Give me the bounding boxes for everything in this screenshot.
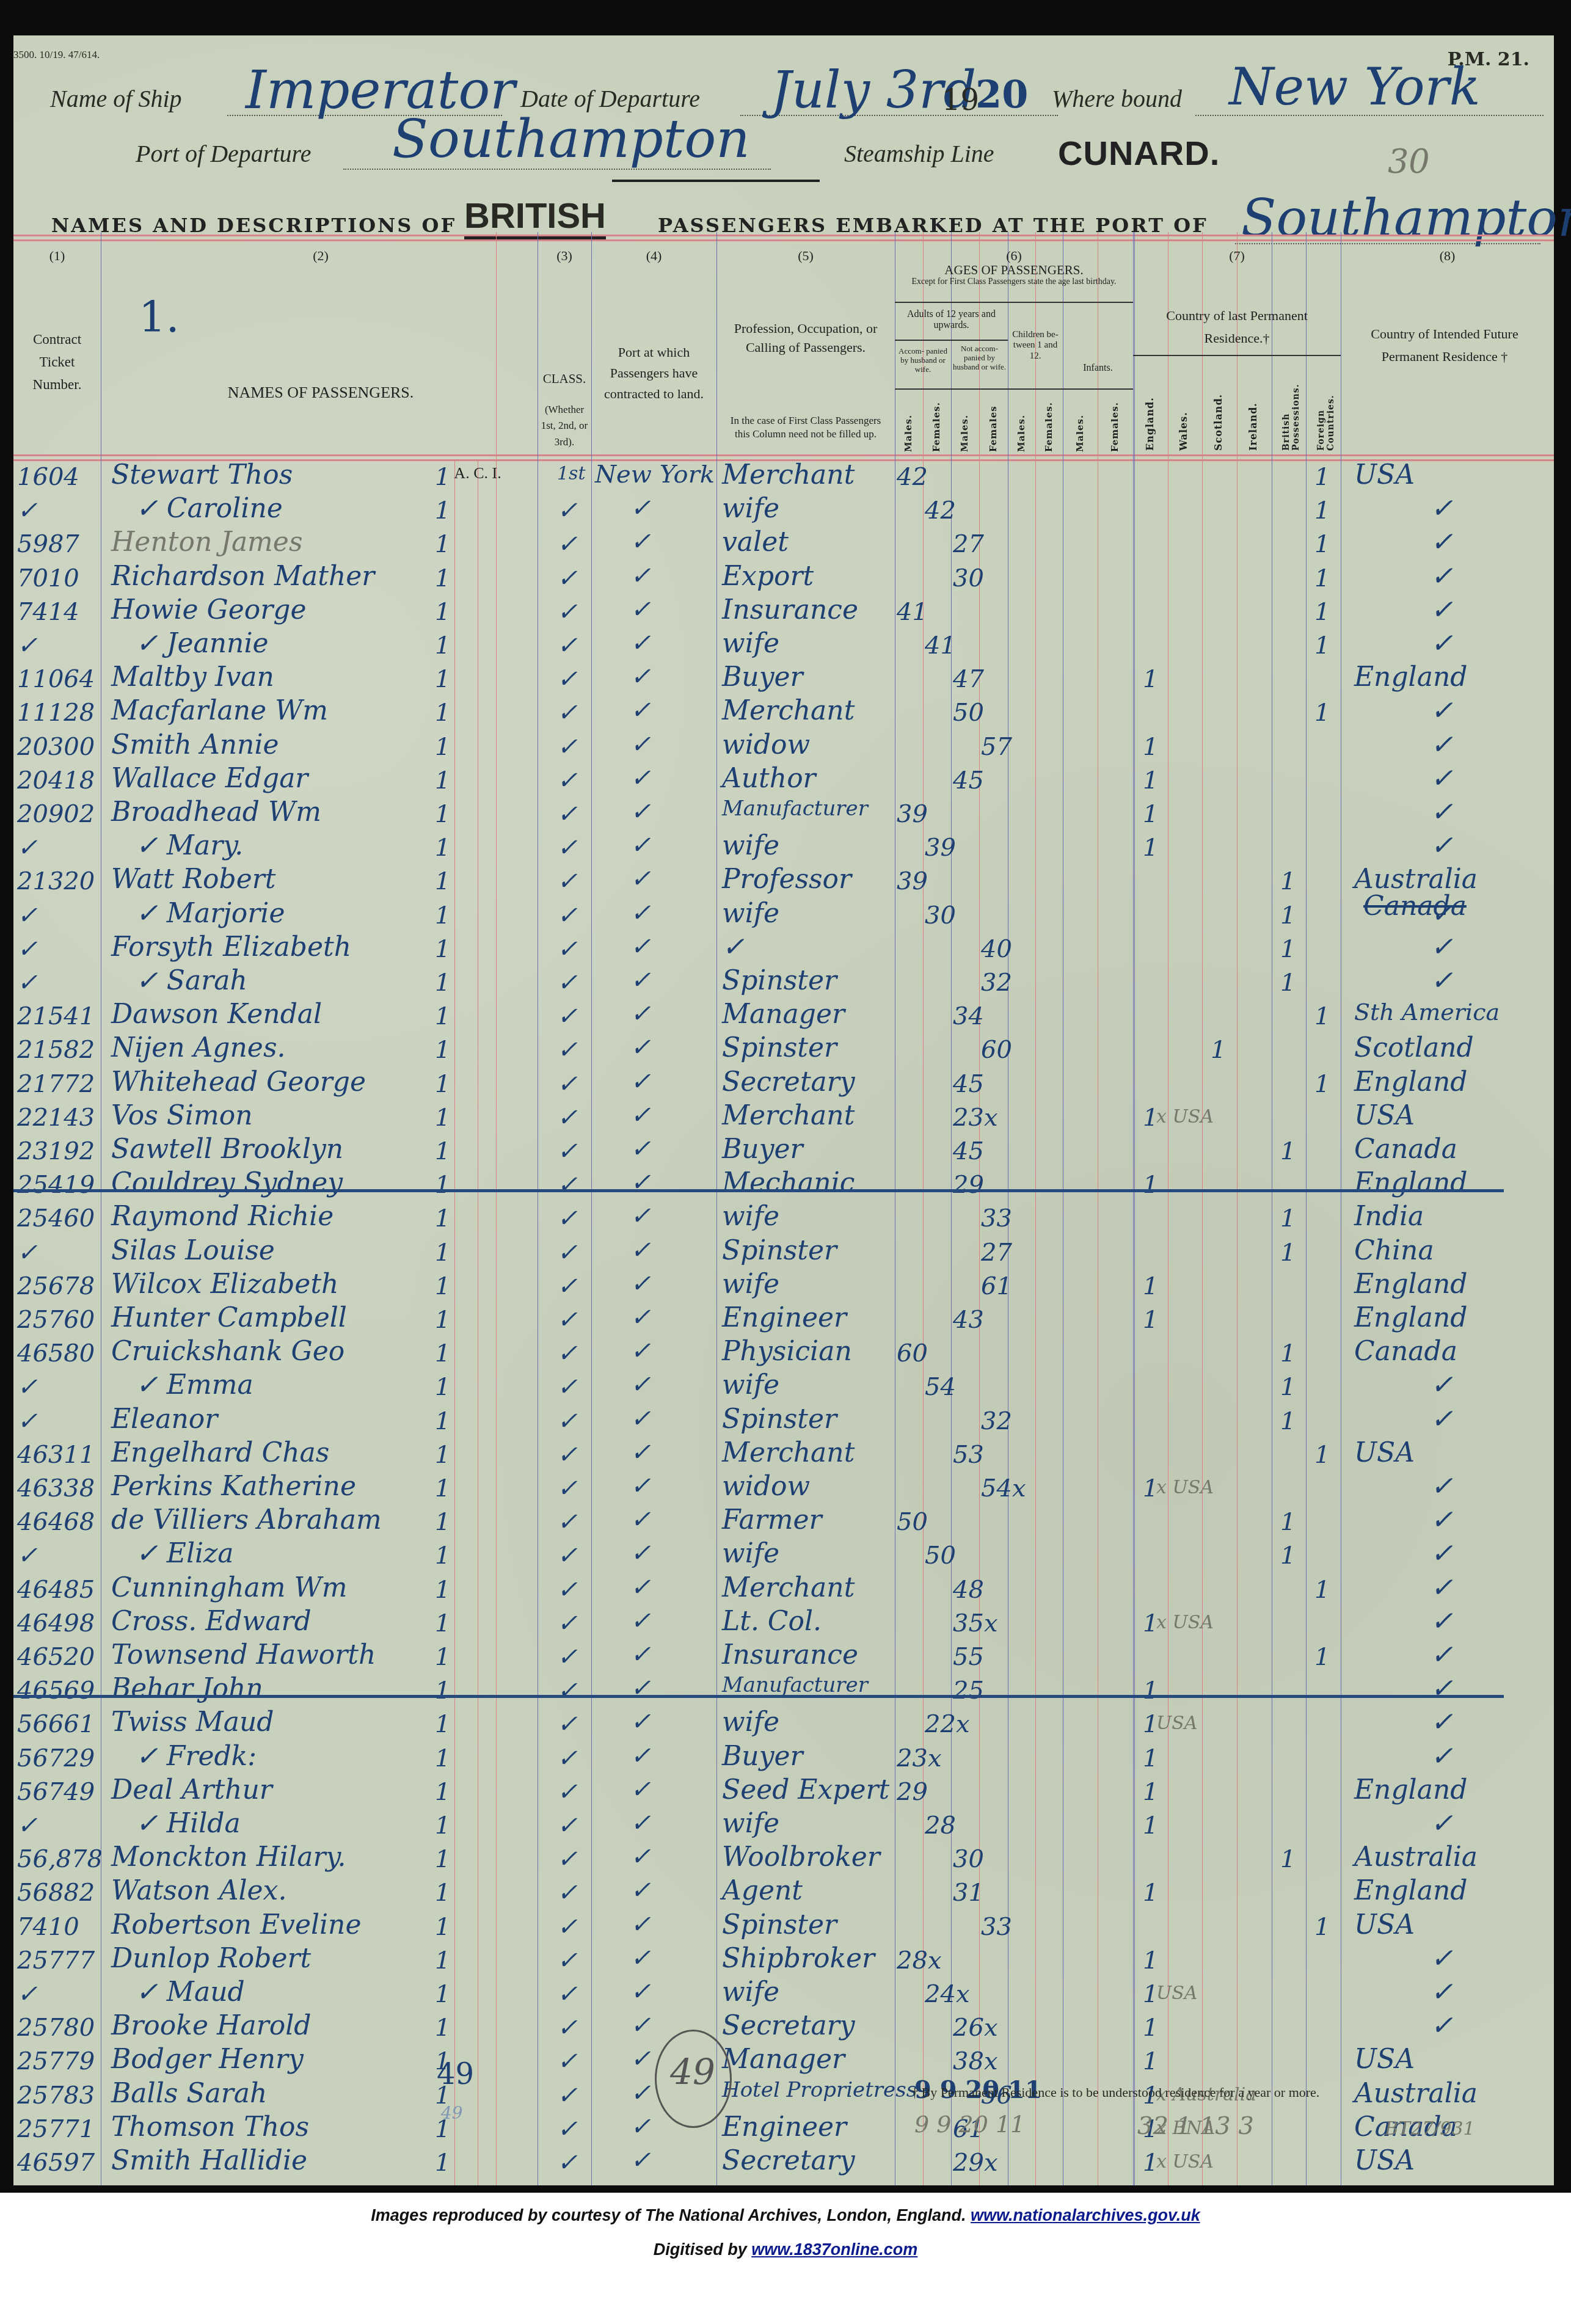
port-of-landing: ✓ bbox=[630, 1539, 651, 1567]
future-residence: ✓ bbox=[1431, 965, 1453, 996]
digitiser-link[interactable]: www.1837online.com bbox=[751, 2240, 917, 2259]
occupation: Engineer bbox=[722, 1302, 847, 1333]
future-residence: ✓ bbox=[1431, 1504, 1453, 1535]
residence-subheader: Ireland. bbox=[1247, 365, 1259, 451]
port-of-landing: ✓ bbox=[630, 899, 651, 927]
footnote: † By Permanent Residence is to be unders… bbox=[911, 2085, 1319, 2100]
column-rule bbox=[951, 232, 952, 2185]
col2-header: NAMES OF PASSENGERS. bbox=[101, 384, 541, 402]
column-rule bbox=[496, 232, 497, 2185]
port-of-landing: ✓ bbox=[630, 1405, 651, 1433]
ticket-number: 25771 bbox=[17, 2115, 95, 2143]
passenger-name: ✓ Hilda bbox=[136, 1808, 241, 1839]
col6-header: AGES OF PASSENGERS. bbox=[895, 263, 1133, 277]
residence-note: USA bbox=[1156, 1983, 1198, 2004]
age: 22x bbox=[925, 1710, 969, 1738]
port-of-landing: ✓ bbox=[630, 764, 651, 792]
class-mark: ✓ bbox=[557, 969, 578, 997]
age: 39 bbox=[897, 867, 928, 895]
passenger-name: Thomson Thos bbox=[111, 2111, 309, 2143]
future-residence: ✓ bbox=[1431, 931, 1453, 963]
occupation: Manufacturer bbox=[722, 796, 868, 821]
occupation: wife bbox=[722, 830, 779, 861]
occupation: Spinster bbox=[722, 965, 837, 996]
class-mark: ✓ bbox=[557, 1576, 578, 1604]
passenger-name: ✓ Maud bbox=[136, 1976, 245, 2008]
aci-mark: 1 bbox=[435, 767, 450, 795]
column-rule bbox=[895, 232, 895, 2185]
passenger-name: Watt Robert bbox=[111, 864, 276, 895]
manifest-sheet: 3500. 10/19. 47/614. P.M. 21. Name of Sh… bbox=[13, 35, 1554, 2185]
passenger-name: Smith Annie bbox=[111, 729, 279, 760]
passenger-name: Robertson Eveline bbox=[111, 1909, 361, 1940]
age-subheader: Males. bbox=[1074, 396, 1085, 452]
ticket-number: ✓ bbox=[17, 1239, 38, 1267]
occupation: wife bbox=[722, 1369, 779, 1401]
ticket-number: 25678 bbox=[17, 1272, 95, 1300]
aci-mark: 1 bbox=[435, 1778, 450, 1806]
ticket-number: 56,878 bbox=[17, 1845, 103, 1873]
col1-number: (1) bbox=[13, 248, 101, 263]
aci-mark: 1 bbox=[435, 1913, 450, 1941]
class-mark: ✓ bbox=[557, 1744, 578, 1772]
age: 45 bbox=[953, 1137, 984, 1165]
ticket-number: 11064 bbox=[17, 665, 95, 693]
strike-through-line bbox=[13, 1695, 1504, 1698]
future-residence: Scotland bbox=[1354, 1032, 1474, 1063]
port-of-landing: ✓ bbox=[630, 1809, 651, 1837]
residence-mark: 1 bbox=[1280, 1508, 1296, 1536]
aci-mark: 1 bbox=[435, 1171, 450, 1199]
age: 23x bbox=[953, 1104, 997, 1132]
ticket-number: ✓ bbox=[17, 935, 38, 963]
ticket-number: ✓ bbox=[17, 969, 38, 997]
passenger-name: ✓ Marjorie bbox=[136, 898, 285, 929]
future-residence: India bbox=[1354, 1201, 1424, 1232]
total-aci: 49 bbox=[437, 2057, 474, 2091]
age: 24x bbox=[925, 1980, 969, 2008]
residence-mark: 1 bbox=[1280, 1204, 1296, 1233]
occupation: Insurance bbox=[722, 594, 858, 625]
age-subheader: Males. bbox=[959, 396, 970, 452]
occupation: wife bbox=[722, 1707, 779, 1738]
passenger-name: Henton James bbox=[111, 526, 302, 558]
occupation: Merchant bbox=[722, 1572, 855, 1603]
age: 27 bbox=[981, 1239, 1012, 1267]
age: 50 bbox=[897, 1508, 928, 1536]
age: 25 bbox=[953, 1677, 984, 1705]
residence-mark: 1 bbox=[1314, 1002, 1330, 1030]
residence-note: USA bbox=[1156, 1713, 1198, 1734]
residence-note: x USA bbox=[1156, 1106, 1214, 1127]
occupation: widow bbox=[722, 1471, 810, 1502]
class-mark: ✓ bbox=[557, 497, 578, 525]
column-rule bbox=[1063, 232, 1063, 2185]
class-mark: ✓ bbox=[557, 2047, 578, 2075]
age: 61 bbox=[981, 1272, 1012, 1300]
age-subheader: Females. bbox=[1109, 396, 1120, 452]
port-label: Port of Departure bbox=[136, 139, 311, 168]
port-of-landing: ✓ bbox=[630, 1674, 651, 1702]
residence-mark: 1 bbox=[1143, 1879, 1158, 1907]
port-of-landing: ✓ bbox=[630, 1168, 651, 1197]
occupation: wife bbox=[722, 898, 779, 929]
passenger-name: Dawson Kendal bbox=[111, 999, 322, 1030]
occupation: Merchant bbox=[722, 459, 855, 490]
residence-mark: 1 bbox=[1143, 767, 1158, 795]
col2-number: (2) bbox=[101, 248, 541, 263]
class-mark: ✓ bbox=[557, 1609, 578, 1637]
age: 28x bbox=[897, 1947, 941, 1975]
passenger-name: Howie George bbox=[111, 594, 307, 625]
aci-mark: 1 bbox=[435, 497, 450, 525]
residence-mark: 1 bbox=[1314, 530, 1330, 558]
passenger-name: Behar John bbox=[111, 1673, 263, 1704]
residence-subheader: Foreign Countries. bbox=[1316, 365, 1336, 451]
passenger-name: Watson Alex. bbox=[111, 1875, 286, 1906]
ticket-number: 21582 bbox=[17, 1036, 95, 1064]
class-mark: ✓ bbox=[557, 767, 578, 795]
archive-reference: BT27/931 bbox=[1385, 2118, 1475, 2140]
port-of-landing: ✓ bbox=[630, 1068, 651, 1096]
residence-mark: 1 bbox=[1143, 2014, 1158, 2042]
class-mark: ✓ bbox=[557, 1474, 578, 1503]
future-residence: ✓ bbox=[1431, 1943, 1453, 1974]
port-of-landing: ✓ bbox=[630, 1843, 651, 1871]
credits-text-2: Digitised by bbox=[654, 2240, 747, 2259]
age: 32 bbox=[981, 969, 1012, 997]
future-residence: ✓ bbox=[1431, 561, 1453, 592]
col7-header: Country of last Permanent Residence.† bbox=[1145, 304, 1329, 350]
ticket-number: 25780 bbox=[17, 2014, 95, 2042]
ticket-number: 25460 bbox=[17, 1204, 95, 1233]
age: 33 bbox=[981, 1913, 1012, 1941]
column-rule bbox=[1202, 232, 1203, 2185]
ticket-number: 46338 bbox=[17, 1474, 95, 1503]
passenger-name: Townsend Haworth bbox=[111, 1639, 376, 1670]
circled-count: 49 bbox=[670, 2051, 715, 2093]
col5-number: (5) bbox=[716, 248, 895, 263]
age-subheader: Males. bbox=[903, 396, 914, 452]
class-mark: ✓ bbox=[557, 1947, 578, 1975]
passenger-name: ✓ Caroline bbox=[136, 493, 283, 524]
occupation: widow bbox=[722, 729, 810, 760]
ages-total-pencil: 9 9 20 11 bbox=[914, 2111, 1025, 2138]
age: 60 bbox=[981, 1036, 1012, 1064]
aci-mark: 1 bbox=[435, 1239, 450, 1267]
age: 27 bbox=[953, 530, 984, 558]
ticket-number: ✓ bbox=[17, 632, 38, 660]
age: 38x bbox=[953, 2047, 997, 2075]
residence-mark: 1 bbox=[1143, 800, 1158, 828]
occupation: Merchant bbox=[722, 695, 855, 726]
occupation: Secretary bbox=[722, 1066, 855, 1098]
form-code: 3500. 10/19. 47/614. bbox=[13, 49, 100, 61]
future-residence: ✓ bbox=[1431, 1369, 1453, 1401]
residence-mark: 1 bbox=[1314, 564, 1330, 592]
passenger-name: Sawtell Brooklyn bbox=[111, 1134, 343, 1165]
port-of-landing: ✓ bbox=[630, 1202, 651, 1230]
passenger-name: Silas Louise bbox=[111, 1235, 275, 1266]
ticket-number: 23192 bbox=[17, 1137, 95, 1165]
class-mark: ✓ bbox=[557, 1137, 578, 1165]
port-of-landing: ✓ bbox=[630, 1573, 651, 1601]
port-of-landing: ✓ bbox=[630, 966, 651, 994]
class-mark: ✓ bbox=[557, 1002, 578, 1030]
residence-mark: 1 bbox=[1143, 1272, 1158, 1300]
port-of-landing: ✓ bbox=[630, 2146, 651, 2174]
age: 48 bbox=[953, 1576, 984, 1604]
line-label: Steamship Line bbox=[844, 139, 994, 168]
future-residence: ✓ bbox=[1431, 695, 1453, 726]
credits-line-1: Images reproduced by courtesy of The Nat… bbox=[0, 2206, 1571, 2225]
ticket-number: 46580 bbox=[17, 1339, 95, 1368]
aci-mark: 1 bbox=[435, 1272, 450, 1300]
col5-header: Profession, Occupation, or Calling of Pa… bbox=[729, 319, 883, 357]
future-residence: England bbox=[1354, 661, 1467, 693]
age: 23x bbox=[897, 1744, 941, 1772]
port-of-landing: ✓ bbox=[630, 1438, 651, 1466]
passenger-name: ✓ Eliza bbox=[136, 1538, 234, 1569]
column-rule bbox=[1134, 232, 1135, 2185]
column-rule bbox=[1035, 232, 1036, 2185]
aci-mark: 1 bbox=[435, 1070, 450, 1098]
col6-accompanied: Accom- panied by husband or wife. bbox=[895, 347, 951, 374]
residence-mark: 1 bbox=[1280, 935, 1296, 963]
future-residence: ✓ bbox=[1431, 830, 1453, 861]
occupation: Buyer bbox=[722, 661, 803, 693]
residence-mark: 1 bbox=[1314, 699, 1330, 727]
class-mark: ✓ bbox=[557, 1845, 578, 1873]
aci-mark: 1 bbox=[435, 1104, 450, 1132]
passenger-name: Raymond Richie bbox=[111, 1201, 334, 1232]
residence-mark: 1 bbox=[1143, 1744, 1158, 1772]
ticket-number: 56749 bbox=[17, 1778, 95, 1806]
residence-mark: 1 bbox=[1143, 1812, 1158, 1840]
aci-mark: 1 bbox=[435, 463, 450, 491]
passenger-name: Cruickshank Geo bbox=[111, 1336, 344, 1367]
residence-mark: 1 bbox=[1143, 2047, 1158, 2075]
aci-mark: 1 bbox=[435, 1204, 450, 1233]
ticket-number: 21320 bbox=[17, 867, 95, 895]
col3-header: CLASS. bbox=[538, 371, 591, 386]
total-aci-pencil: 49 bbox=[441, 2103, 463, 2123]
aci-mark: 1 bbox=[435, 1339, 450, 1368]
port-of-landing: ✓ bbox=[630, 1506, 651, 1534]
future-residence: USA bbox=[1354, 1437, 1415, 1468]
residence-mark: 1 bbox=[1314, 1576, 1330, 1604]
ticket-number: 46468 bbox=[17, 1508, 95, 1536]
age: 29x bbox=[953, 2149, 997, 2177]
class-mark: ✓ bbox=[557, 733, 578, 761]
column-rule bbox=[1272, 232, 1272, 2185]
port-value: Southampton bbox=[392, 109, 750, 170]
occupation: Merchant bbox=[722, 1437, 855, 1468]
future-residence: ✓ bbox=[1431, 493, 1453, 524]
ticket-number: ✓ bbox=[17, 902, 38, 930]
residence-mark: 1 bbox=[1314, 632, 1330, 660]
residence-mark: 1 bbox=[1143, 1171, 1158, 1199]
aci-mark: 1 bbox=[435, 1845, 450, 1873]
residence-mark: 1 bbox=[1280, 1407, 1296, 1435]
passenger-name: Perkins Katherine bbox=[111, 1471, 356, 1502]
residence-mark: 1 bbox=[1143, 665, 1158, 693]
age: 30 bbox=[953, 1845, 984, 1873]
residence-totals-pencil: 32 1 13 3 bbox=[1137, 2112, 1254, 2140]
port-of-landing: ✓ bbox=[630, 494, 651, 522]
passenger-name: Whitehead George bbox=[111, 1066, 366, 1098]
age: 40 bbox=[981, 935, 1012, 963]
ticket-number: 25777 bbox=[17, 1947, 95, 1975]
aci-mark: 1 bbox=[435, 1373, 450, 1401]
class-mark: 1st bbox=[557, 463, 586, 484]
passenger-name: Richardson Mather bbox=[111, 561, 374, 592]
age: 31 bbox=[953, 1879, 984, 1907]
national-archives-link[interactable]: www.nationalarchives.gov.uk bbox=[971, 2206, 1200, 2224]
class-mark: ✓ bbox=[557, 564, 578, 592]
class-mark: ✓ bbox=[557, 935, 578, 963]
class-mark: ✓ bbox=[557, 1036, 578, 1064]
class-mark: ✓ bbox=[557, 1339, 578, 1368]
column-rule bbox=[1341, 232, 1341, 2185]
passenger-name: Cross. Edward bbox=[111, 1606, 312, 1637]
aci-mark: 1 bbox=[435, 1677, 450, 1705]
class-mark: ✓ bbox=[557, 1710, 578, 1738]
class-mark: ✓ bbox=[557, 834, 578, 862]
ticket-number: 46569 bbox=[17, 1677, 95, 1705]
class-mark: ✓ bbox=[557, 699, 578, 727]
sheet-number: 1. bbox=[139, 292, 180, 342]
age: 47 bbox=[953, 665, 984, 693]
residence-mark: 1 bbox=[1280, 969, 1296, 997]
class-mark: ✓ bbox=[557, 1239, 578, 1267]
ticket-number: 46520 bbox=[17, 1643, 95, 1671]
age: 45 bbox=[953, 767, 984, 795]
ticket-number: ✓ bbox=[17, 497, 38, 525]
ticket-number: 56882 bbox=[17, 1879, 95, 1907]
port-of-landing: ✓ bbox=[630, 1978, 651, 2006]
col6-number: (6) bbox=[895, 248, 1133, 263]
age-subheader: Males. bbox=[1016, 396, 1027, 452]
passenger-name: Cunningham Wm bbox=[111, 1572, 347, 1603]
residence-mark: 1 bbox=[1211, 1036, 1226, 1064]
col1-header: Contract Ticket Number. bbox=[20, 329, 95, 396]
title-british: BRITISH bbox=[464, 195, 606, 239]
port-of-landing: ✓ bbox=[630, 629, 651, 657]
col4-header: Port at which Passengers have contracted… bbox=[597, 342, 710, 404]
class-mark: ✓ bbox=[557, 1272, 578, 1300]
occupation: Spinster bbox=[722, 1235, 837, 1266]
future-residence: ✓ bbox=[1431, 1404, 1453, 1435]
aci-mark: 1 bbox=[435, 935, 450, 963]
passenger-name: ✓ Mary. bbox=[136, 830, 243, 861]
passenger-name: ✓ Fredk: bbox=[136, 1741, 257, 1772]
column-rule bbox=[101, 232, 101, 2185]
aci-mark: 1 bbox=[435, 800, 450, 828]
residence-mark: 1 bbox=[1314, 497, 1330, 525]
occupation: Shipbroker bbox=[722, 1943, 875, 1974]
age: 32 bbox=[981, 1407, 1012, 1435]
future-residence: ✓ bbox=[1431, 2010, 1453, 2041]
occupation: Physician bbox=[722, 1336, 852, 1367]
residence-mark: 1 bbox=[1314, 1070, 1330, 1098]
passenger-name: Stewart Thos bbox=[111, 459, 293, 490]
passenger-name: ✓ Emma bbox=[136, 1369, 253, 1401]
class-mark: ✓ bbox=[557, 1643, 578, 1671]
residence-mark: 1 bbox=[1280, 902, 1296, 930]
future-residence: ✓ bbox=[1431, 1471, 1453, 1502]
future-residence: England bbox=[1354, 1302, 1467, 1333]
class-mark: ✓ bbox=[557, 598, 578, 626]
ticket-number: 11128 bbox=[17, 699, 95, 727]
aci-mark: 1 bbox=[435, 1879, 450, 1907]
age: 60 bbox=[897, 1339, 928, 1368]
aci-mark: 1 bbox=[435, 1812, 450, 1840]
ticket-number: ✓ bbox=[17, 1373, 38, 1401]
class-mark: ✓ bbox=[557, 1373, 578, 1401]
class-mark: ✓ bbox=[557, 1204, 578, 1233]
future-residence: ✓ bbox=[1431, 526, 1453, 558]
occupation: Farmer bbox=[722, 1504, 822, 1535]
port-of-landing: ✓ bbox=[630, 933, 651, 961]
aci-mark: 1 bbox=[435, 1542, 450, 1570]
port-of-landing: ✓ bbox=[630, 1101, 651, 1129]
title-part2: PASSENGERS EMBARKED AT THE PORT OF bbox=[658, 214, 1208, 237]
residence-mark: 1 bbox=[1314, 1913, 1330, 1941]
where-bound-label: Where bound bbox=[1052, 84, 1182, 113]
port-of-landing: ✓ bbox=[630, 2113, 651, 2141]
occupation: Export bbox=[722, 561, 814, 592]
col8-header: Country of Intended Future Permanent Res… bbox=[1359, 322, 1530, 368]
residence-note: x USA bbox=[1156, 2151, 1214, 2173]
future-residence: ✓ bbox=[1431, 729, 1453, 760]
occupation: Agent bbox=[722, 1875, 803, 1906]
occupation: wife bbox=[722, 628, 779, 659]
occupation: Spinster bbox=[722, 1032, 837, 1063]
port-of-landing: ✓ bbox=[630, 1641, 651, 1669]
ticket-number: 25419 bbox=[17, 1171, 95, 1199]
port-of-landing: ✓ bbox=[630, 730, 651, 759]
port-of-landing: ✓ bbox=[630, 1742, 651, 1770]
occupation: Insurance bbox=[722, 1639, 858, 1670]
residence-subheader: British Possessions. bbox=[1281, 365, 1301, 451]
col6-not-accompanied: Not accom- panied by husband or wife. bbox=[951, 344, 1008, 372]
class-mark: ✓ bbox=[557, 1778, 578, 1806]
port-of-landing: ✓ bbox=[630, 1033, 651, 1062]
occupation: Woolbroker bbox=[722, 1841, 880, 1873]
col3-sub: (Whether 1st, 2nd, or 3rd). bbox=[538, 402, 591, 450]
age: 53 bbox=[953, 1441, 984, 1469]
residence-mark: 1 bbox=[1280, 867, 1296, 895]
port-of-landing: ✓ bbox=[630, 1607, 651, 1635]
port-of-landing: ✓ bbox=[630, 663, 651, 691]
residence-mark: 1 bbox=[1143, 834, 1158, 862]
future-residence: ✓ bbox=[1431, 1976, 1453, 2008]
aci-mark: 1 bbox=[435, 1710, 450, 1738]
class-mark: ✓ bbox=[557, 1913, 578, 1941]
passenger-name: Twiss Maud bbox=[111, 1707, 274, 1738]
residence-mark: 1 bbox=[1314, 598, 1330, 626]
class-mark: ✓ bbox=[557, 1508, 578, 1536]
future-residence: Canada bbox=[1354, 1134, 1457, 1165]
age: 55 bbox=[953, 1643, 984, 1671]
class-mark: ✓ bbox=[557, 632, 578, 660]
age: 28 bbox=[925, 1812, 956, 1840]
passenger-name: Maltby Ivan bbox=[111, 661, 274, 693]
residence-mark: 1 bbox=[1280, 1373, 1296, 1401]
year-hand: 20 bbox=[975, 72, 1028, 117]
occupation: Manufacturer bbox=[722, 1673, 868, 1697]
